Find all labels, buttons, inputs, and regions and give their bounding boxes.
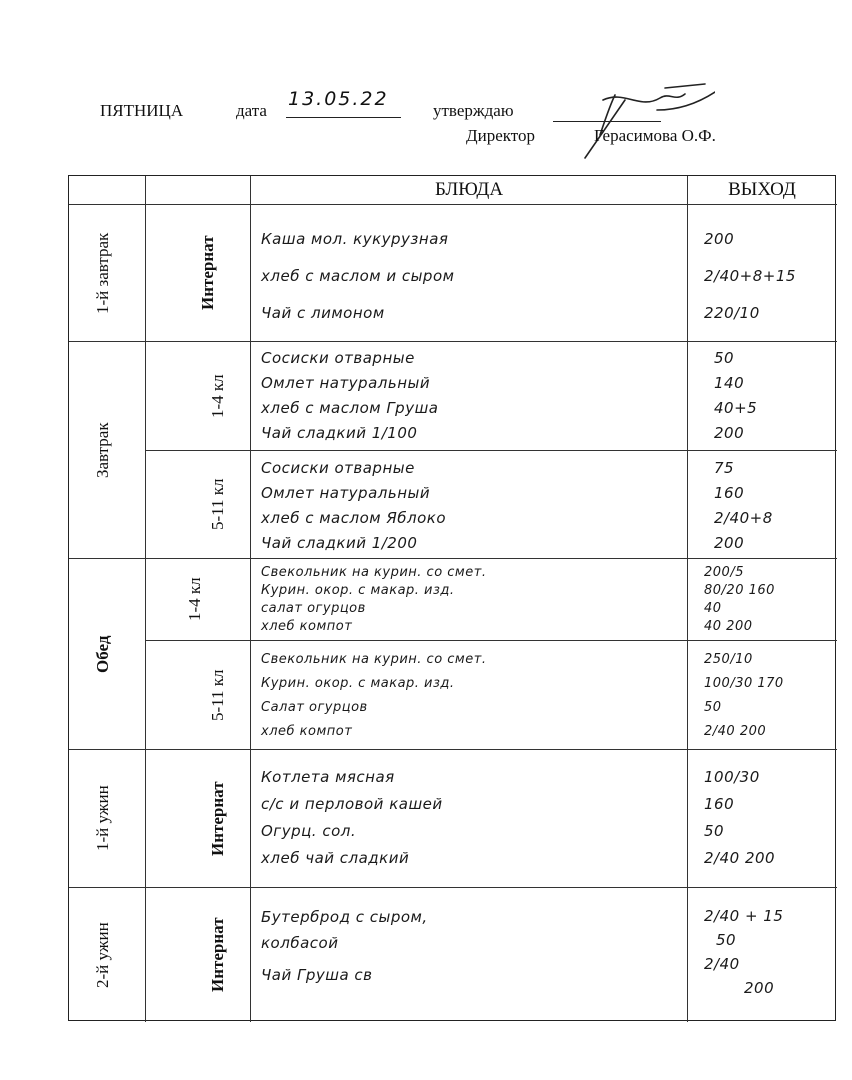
group-label: 1-4 кл [209, 342, 239, 450]
portion-list: 250/10 100/30 170 50 2/40 200 [704, 648, 784, 744]
meal-label: 1-й завтрак [69, 205, 145, 341]
column-header-dishes: БЛЮДА [251, 179, 687, 201]
col-divider [250, 176, 251, 1022]
dish-list: Свекольник на курин. со смет. Курин. око… [261, 564, 486, 636]
director-label: Директор [466, 126, 535, 146]
meal-label: 2-й ужин [94, 888, 124, 1022]
portion-list: 50 140 40+5 200 [714, 346, 757, 446]
dish-list: Сосиски отварные Омлет натуральный хлеб … [261, 346, 439, 446]
group-label: 1-4 кл [184, 559, 234, 640]
director-name: Герасимова О.Ф. [594, 126, 716, 146]
col-divider [145, 176, 146, 1022]
row-divider [69, 887, 837, 888]
row-divider [69, 749, 837, 750]
column-header-portion: ВЫХОД [688, 179, 836, 201]
portion-list: 200 2/40+8+15 220/10 [704, 221, 796, 332]
row-divider [69, 204, 837, 205]
meal-label: 1-й ужин [94, 750, 124, 887]
portion-list: 2/40 + 15 50 2/40 200 [704, 904, 783, 1000]
meal-label: Завтрак [94, 342, 124, 558]
dish-list: Сосиски отварные Омлет натуральный хлеб … [261, 456, 446, 556]
date-label: дата [236, 101, 267, 121]
group-label: 5-11 кл [209, 451, 239, 558]
portion-list: 75 160 2/40+8 200 [714, 456, 773, 556]
col-divider [687, 176, 688, 1022]
group-label: Интернат [199, 205, 239, 341]
day-of-week: ПЯТНИЦА [100, 101, 183, 121]
row-divider [69, 341, 837, 342]
portion-list: 100/30 160 50 2/40 200 [704, 764, 775, 872]
dish-list: Котлета мясная с/с и перловой кашей Огур… [261, 764, 443, 872]
approve-label: утверждаю [433, 101, 514, 121]
menu-table: БЛЮДА ВЫХОД 1-й завтрак Интернат Каша мо… [68, 175, 836, 1021]
dish-list: Бутерброд с сыром, колбасой Чай Груша св [261, 904, 428, 988]
portion-list: 200/5 80/20 160 40 40 200 [704, 564, 775, 636]
date-value: 13.05.22 [286, 88, 401, 118]
dish-list: Свекольник на курин. со смет. Курин. око… [261, 648, 486, 744]
group-label: Интернат [209, 888, 239, 1022]
group-label: 5-11 кл [209, 641, 239, 749]
meal-label: Обед [94, 559, 124, 749]
group-label: Интернат [209, 750, 239, 887]
dish-list: Каша мол. кукурузная хлеб с маслом и сыр… [261, 221, 454, 332]
signature-icon [565, 80, 715, 160]
